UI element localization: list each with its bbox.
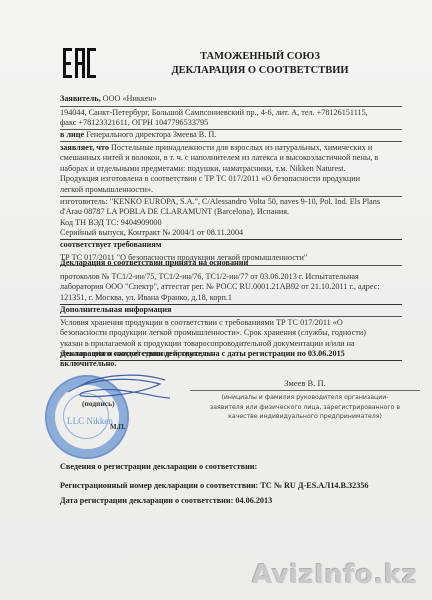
document-title: ТАМОЖЕННЫЙ СОЮЗ ДЕКЛАРАЦИЯ О СООТВЕТСТВИ… xyxy=(150,50,370,78)
representative-row: в лице Генерального директора Змеева В. … xyxy=(60,130,402,140)
title-line-2: ДЕКЛАРАЦИЯ О СООТВЕТСТВИИ xyxy=(150,64,370,78)
conforms-label: соответствует требованиям xyxy=(60,240,402,250)
signer-caption: (инициалы и фамилия руководителя организ… xyxy=(190,393,420,422)
registration-heading: Сведения о регистрации декларации о соот… xyxy=(60,462,420,471)
watermark: AvizInfo.kz xyxy=(252,560,417,590)
handwritten-signature-icon xyxy=(60,368,170,408)
basis-label: Декларация о соответствии принята на осн… xyxy=(60,258,402,268)
registration-date: Дата регистрации декларации о соответств… xyxy=(60,496,420,505)
divider xyxy=(60,316,402,317)
applicant-label: Заявитель, xyxy=(60,94,101,103)
additional-label: Дополнительная информация xyxy=(60,305,402,315)
applicant-name: ООО «Никкен» xyxy=(101,94,157,103)
eac-logo-icon xyxy=(63,48,97,78)
manufacturer-block: изготовитель: "KENKO EUROPA, S.A.", C/Al… xyxy=(60,197,402,239)
divider xyxy=(60,106,402,107)
declaration-statement: заявляет, что Постельные принадлежности … xyxy=(60,143,402,195)
title-line-1: ТАМОЖЕННЫЙ СОЮЗ xyxy=(150,50,370,64)
basis-block: протоколов № ТС1/2-ин/75, ТС1/2-ин/76, Т… xyxy=(60,272,402,303)
divider xyxy=(60,141,402,142)
registration-number: Регистрационный номер декларации о соотв… xyxy=(60,481,420,490)
signer-name: Змеев В. П. xyxy=(190,378,420,388)
document-page: ТАМОЖЕННЫЙ СОЮЗ ДЕКЛАРАЦИЯ О СООТВЕТСТВИ… xyxy=(0,0,432,600)
validity-block: Декларация о соответствии действительна … xyxy=(60,349,402,370)
applicant-row: Заявитель, ООО «Никкен» xyxy=(60,94,402,104)
signature-label: (подпись) xyxy=(82,399,115,408)
stamp-place-label: М.П. xyxy=(110,423,126,431)
applicant-address: 194044, Санкт-Петербург, Большой Сампсон… xyxy=(60,108,402,129)
signer-line xyxy=(190,390,420,391)
